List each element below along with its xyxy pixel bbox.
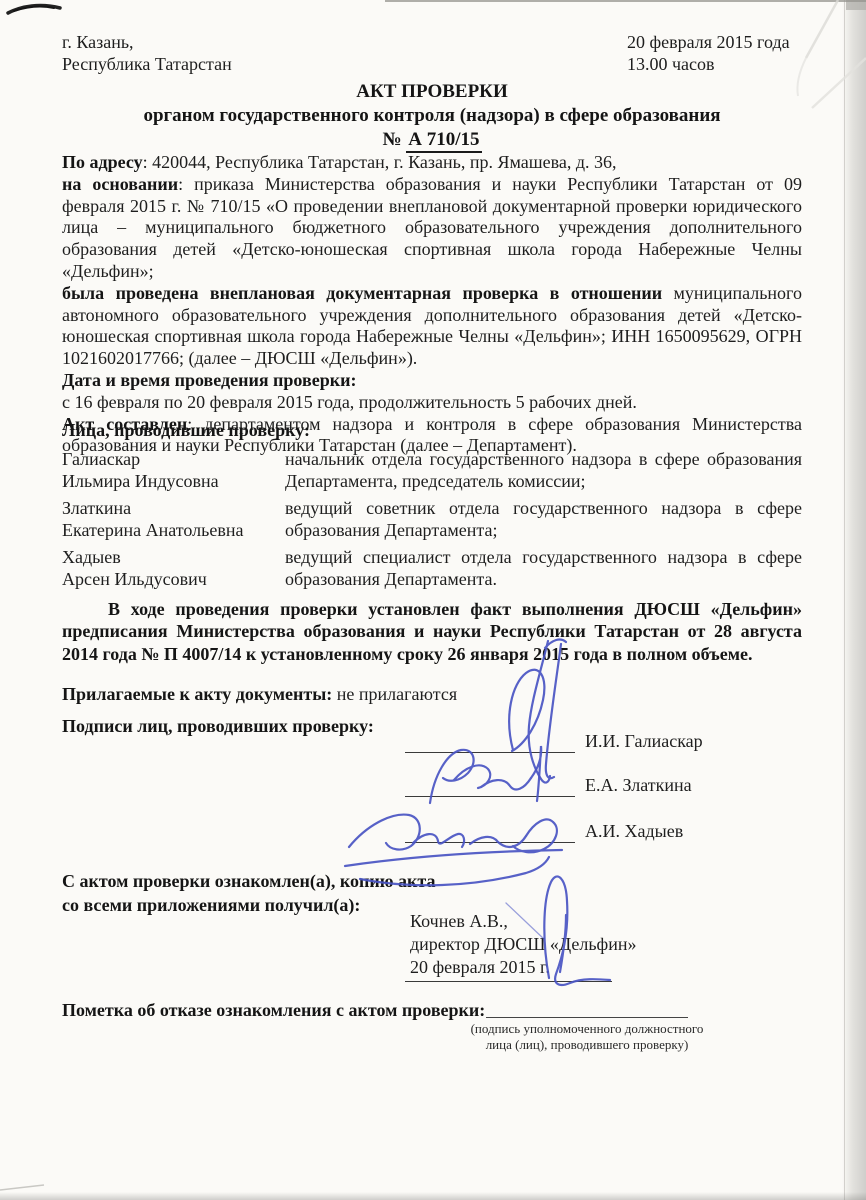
- refusal-signature-line: [486, 1017, 688, 1018]
- basis-label: на основании: [62, 174, 178, 194]
- person-name: Галиаскар Ильмира Индусовна: [62, 448, 285, 492]
- scanned-document-page: г. Казань, Республика Татарстан 20 февра…: [0, 0, 866, 1200]
- attachments-value: не прилагаются: [332, 684, 457, 704]
- title-number: А 710/15: [406, 129, 481, 153]
- scan-artifact-mark: [8, 6, 60, 13]
- title-number-line: № А 710/15: [62, 128, 802, 152]
- header-place-block: г. Казань, Республика Татарстан: [62, 32, 232, 76]
- signer-name: Е.А. Златкина: [585, 775, 692, 797]
- recipient-block: Кочнев А.В., директор ДЮСШ «Дельфин» 20 …: [410, 910, 636, 979]
- paragraph-datetime-value: с 16 февраля по 20 февраля 2015 года, пр…: [62, 392, 802, 414]
- recipient-name: Кочнев А.В.,: [410, 910, 636, 933]
- refusal-caption: (подпись уполномоченного должностного ли…: [462, 1021, 712, 1052]
- time-line: 13.00 часов: [627, 54, 790, 76]
- refusal-caption-line1: (подпись уполномоченного должностного: [462, 1021, 712, 1037]
- acknowledgement-block: С актом проверки ознакомлен(а), копию ак…: [62, 869, 435, 917]
- scan-right-edge: [842, 0, 866, 1200]
- ack-line2: со всеми приложениями получил(а):: [62, 893, 435, 917]
- signature-line: [405, 752, 575, 753]
- signer-name: И.И. Галиаскар: [585, 731, 703, 753]
- person-given-names: Ильмира Индусовна: [62, 470, 285, 492]
- recipient-date: 20 февраля 2015 г.: [410, 956, 636, 979]
- person-role: ведущий специалист отдела государственно…: [285, 546, 802, 590]
- attachments-line: Прилагаемые к акту документы: не прилага…: [62, 684, 457, 706]
- scan-top-edge-line: [385, 0, 866, 2]
- attachments-label: Прилагаемые к акту документы:: [62, 684, 332, 704]
- place-city: г. Казань,: [62, 32, 232, 54]
- scan-bottom-edge: [0, 1192, 866, 1200]
- signature-zlatkina-ink: [430, 746, 541, 803]
- title-sub: органом государственного контроля (надзо…: [62, 104, 802, 128]
- persons-heading: Лица, проводившие проверку:: [62, 420, 310, 442]
- conclusion-paragraph: В ходе проведения проверки установлен фа…: [62, 598, 802, 665]
- signer-name: А.И. Хадыев: [585, 821, 683, 843]
- recipient-position: директор ДЮСШ «Дельфин»: [410, 933, 636, 956]
- person-given-names: Арсен Ильдусович: [62, 568, 285, 590]
- signatures-heading: Подписи лиц, проводивших проверку:: [62, 716, 374, 738]
- paragraph-datetime-label: Дата и время проведения проверки:: [62, 370, 802, 392]
- title-number-prefix: №: [382, 129, 406, 150]
- header-date-block: 20 февраля 2015 года 13.00 часов: [627, 32, 790, 76]
- paragraph-address: По адресу: 420044, Республика Татарстан,…: [62, 152, 802, 174]
- person-row: Галиаскар Ильмира Индусовна начальник от…: [62, 448, 802, 492]
- date-line: 20 февраля 2015 года: [627, 32, 790, 54]
- datetime-value: с 16 февраля по 20 февраля 2015 года, пр…: [62, 392, 637, 412]
- place-region: Республика Татарстан: [62, 54, 232, 76]
- person-role: начальник отдела государственного надзор…: [285, 448, 802, 492]
- person-surname: Златкина: [62, 497, 285, 519]
- person-surname: Хадыев: [62, 546, 285, 568]
- person-name: Хадыев Арсен Ильдусович: [62, 546, 285, 590]
- document-body: По адресу: 420044, Республика Татарстан,…: [62, 152, 802, 457]
- person-row: Хадыев Арсен Ильдусович ведущий специали…: [62, 546, 802, 590]
- title-main: АКТ ПРОВЕРКИ: [62, 80, 802, 104]
- paragraph-conducted: была проведена внеплановая документарная…: [62, 283, 802, 370]
- address-label: По адресу: [62, 152, 143, 172]
- recipient-signature-line: [405, 981, 612, 982]
- person-surname: Галиаскар: [62, 448, 285, 470]
- paragraph-basis: на основании: приказа Министерства образ…: [62, 174, 802, 283]
- person-name: Златкина Екатерина Анатольевна: [62, 497, 285, 541]
- datetime-label: Дата и время проведения проверки:: [62, 370, 356, 390]
- refusal-label: Пометка об отказе ознакомления с актом п…: [62, 1000, 485, 1022]
- person-given-names: Екатерина Анатольевна: [62, 519, 285, 541]
- signature-line: [405, 842, 575, 843]
- person-row: Златкина Екатерина Анатольевна ведущий с…: [62, 497, 802, 541]
- refusal-caption-line2: лица (лиц), проводившего проверку): [462, 1037, 712, 1053]
- scan-right-edge-line: [844, 0, 845, 1200]
- signature-line: [405, 796, 575, 797]
- persons-list: Галиаскар Ильмира Индусовна начальник от…: [62, 448, 802, 595]
- person-role: ведущий советник отдела государственного…: [285, 497, 802, 541]
- ack-line1: С актом проверки ознакомлен(а), копию ак…: [62, 869, 435, 893]
- address-value: : 420044, Республика Татарстан, г. Казан…: [143, 152, 617, 172]
- conducted-label: была проведена внеплановая документарная…: [62, 283, 662, 303]
- scan-bottom-left-line: [0, 1185, 44, 1190]
- document-title-block: АКТ ПРОВЕРКИ органом государственного ко…: [62, 80, 802, 152]
